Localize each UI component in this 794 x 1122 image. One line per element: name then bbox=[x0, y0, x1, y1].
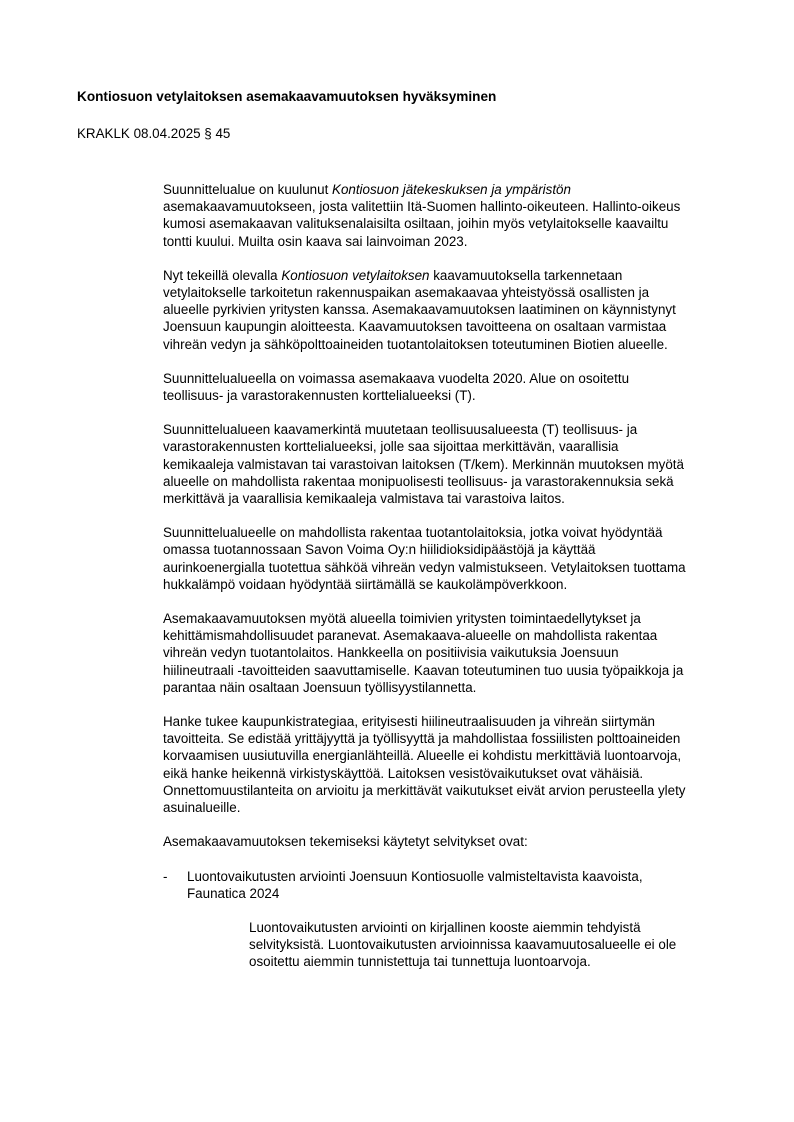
paragraph: Asemakaavamuutoksen myötä alueella toimi… bbox=[163, 610, 743, 696]
text-segment: aurinkoenergialla tuotettua sähköä vihre… bbox=[163, 560, 686, 575]
text-line: kehittämismahdollisuudet paranevat. Asem… bbox=[163, 627, 743, 644]
text-segment: hiilineutraali -tavoitteiden saavuttamis… bbox=[163, 663, 683, 678]
text-segment: Suunnittelualueelle on mahdollista raken… bbox=[163, 525, 663, 540]
text-segment: Hanke tukee kaupunkistrategiaa, erityise… bbox=[163, 714, 655, 729]
survey-list: -Luontovaikutusten arviointi Joensuun Ko… bbox=[163, 868, 743, 971]
text-line: selvityksistä. Luontovaikutusten arvioin… bbox=[249, 936, 743, 953]
text-segment: teollisuus- ja varastorakennusten kortte… bbox=[163, 388, 476, 403]
text-line: asuinalueille. bbox=[163, 799, 743, 816]
text-segment: varastorakennusten korttelialueeksi, jol… bbox=[163, 439, 619, 454]
list-dash: - bbox=[163, 868, 167, 885]
text-line: omassa tuotannossaan Savon Voima Oy:n hi… bbox=[163, 541, 743, 558]
text-line: Nyt tekeillä olevalla Kontiosuon vetylai… bbox=[163, 267, 743, 284]
text-segment: alueelle pyrkivien yritysten kanssa. Ase… bbox=[163, 302, 676, 317]
text-segment: vihreän vedyn tuotantolaitos. Hankkeella… bbox=[163, 645, 619, 660]
text-segment: korvaamisen uusiutuvilla energianlähteil… bbox=[163, 748, 681, 763]
text-line: osoitettu aiemmin tunnistettuja tai tunn… bbox=[249, 953, 743, 970]
text-segment: Asemakaavamuutoksen myötä alueella toimi… bbox=[163, 611, 641, 626]
text-line: eikä hanke heikennä virkistyskäyttöä. La… bbox=[163, 765, 743, 782]
text-line: korvaamisen uusiutuvilla energianlähteil… bbox=[163, 747, 743, 764]
text-line: tontti kuului. Muilta osin kaava sai lai… bbox=[163, 233, 743, 250]
text-segment: kaavamuutoksella tarkennetaan bbox=[429, 268, 622, 283]
text-line: vihreän vedyn tuotantolaitos. Hankkeella… bbox=[163, 644, 743, 661]
text-line: merkittävä ja vaarallisia kemikaaleja va… bbox=[163, 490, 743, 507]
text-line: vetylaitokselle tarkoitetun rakennuspaik… bbox=[163, 284, 743, 301]
text-line: aurinkoenergialla tuotettua sähköä vihre… bbox=[163, 559, 743, 576]
text-line: Joensuun kaupungin aloitteesta. Kaavamuu… bbox=[163, 318, 743, 335]
text-line: tavoitteita. Se edistää yrittäjyyttä ja … bbox=[163, 730, 743, 747]
text-line: teollisuus- ja varastorakennusten kortte… bbox=[163, 387, 743, 404]
paragraph: Suunnittelualueella on voimassa asemakaa… bbox=[163, 370, 743, 404]
text-line: vihreän vedyn ja sähköpolttoaineiden tuo… bbox=[163, 336, 743, 353]
paragraph: Suunnittelualueelle on mahdollista raken… bbox=[163, 524, 743, 593]
text-segment: parantaa näin osaltaan Joensuun työllisy… bbox=[163, 680, 476, 695]
text-line: Suunnittelualueelle on mahdollista raken… bbox=[163, 524, 743, 541]
survey-description: Luontovaikutusten arviointi on kirjallin… bbox=[163, 919, 743, 971]
text-line: Asemakaavamuutoksen myötä alueella toimi… bbox=[163, 610, 743, 627]
text-line: Suunnittelualue on kuulunut Kontiosuon j… bbox=[163, 181, 743, 198]
text-segment: hukkalämpö voidaan hyödyntää siirtämällä… bbox=[163, 577, 567, 592]
text-line: asemakaavamuutokseen, josta valitettiin … bbox=[163, 198, 743, 215]
meeting-reference: KRAKLK 08.04.2025 § 45 bbox=[77, 126, 230, 141]
text-line: hiilineutraali -tavoitteiden saavuttamis… bbox=[163, 662, 743, 679]
text-segment: tavoitteita. Se edistää yrittäjyyttä ja … bbox=[163, 731, 680, 746]
paragraph: Nyt tekeillä olevalla Kontiosuon vetylai… bbox=[163, 267, 743, 353]
document-title: Kontiosuon vetylaitoksen asemakaavamuuto… bbox=[77, 89, 496, 104]
text-segment: kumosi asemakaavan valituksenalaisilta o… bbox=[163, 216, 668, 231]
italic-project-name: Kontiosuon vetylaitoksen bbox=[281, 268, 429, 283]
text-line: varastorakennusten korttelialueeksi, jol… bbox=[163, 438, 743, 455]
text-segment: merkittävä ja vaarallisia kemikaaleja va… bbox=[163, 491, 565, 506]
text-segment: Suunnittelualueella on voimassa asemakaa… bbox=[163, 371, 629, 386]
document-body: Suunnittelualue on kuulunut Kontiosuon j… bbox=[163, 181, 743, 971]
paragraphs: Suunnittelualue on kuulunut Kontiosuon j… bbox=[163, 181, 743, 851]
survey-item: -Luontovaikutusten arviointi Joensuun Ko… bbox=[163, 868, 743, 902]
text-segment: Onnettomuustilanteita on arvioitu ja mer… bbox=[163, 783, 686, 798]
text-segment: tontti kuului. Muilta osin kaava sai lai… bbox=[163, 234, 467, 249]
survey-title-line: Faunatica 2024 bbox=[187, 885, 743, 902]
text-segment: vihreän vedyn ja sähköpolttoaineiden tuo… bbox=[163, 337, 668, 352]
text-line: alueelle on mahdollista rakentaa monipuo… bbox=[163, 473, 743, 490]
text-line: hukkalämpö voidaan hyödyntää siirtämällä… bbox=[163, 576, 743, 593]
paragraph: Asemakaavamuutoksen tekemiseksi käytetyt… bbox=[163, 833, 743, 850]
text-line: Asemakaavamuutoksen tekemiseksi käytetyt… bbox=[163, 833, 743, 850]
text-segment: eikä hanke heikennä virkistyskäyttöä. La… bbox=[163, 766, 643, 781]
text-line: alueelle pyrkivien yritysten kanssa. Ase… bbox=[163, 301, 743, 318]
text-segment: vetylaitokselle tarkoitetun rakennuspaik… bbox=[163, 285, 649, 300]
paragraph: Suunnittelualue on kuulunut Kontiosuon j… bbox=[163, 181, 743, 250]
text-line: Suunnittelualueella on voimassa asemakaa… bbox=[163, 370, 743, 387]
paragraph: Suunnittelualueen kaavamerkintä muutetaa… bbox=[163, 421, 743, 507]
text-line: Onnettomuustilanteita on arvioitu ja mer… bbox=[163, 782, 743, 799]
text-segment: Suunnittelualue on kuulunut bbox=[163, 182, 332, 197]
text-segment: kemikaaleja valmistavan tai varastoivan … bbox=[163, 457, 684, 472]
italic-project-name: Kontiosuon jätekeskuksen ja ympäristön bbox=[332, 182, 571, 197]
text-segment: omassa tuotannossaan Savon Voima Oy:n hi… bbox=[163, 542, 595, 557]
text-line: Luontovaikutusten arviointi on kirjallin… bbox=[249, 919, 743, 936]
text-segment: Joensuun kaupungin aloitteesta. Kaavamuu… bbox=[163, 319, 666, 334]
text-segment: kehittämismahdollisuudet paranevat. Asem… bbox=[163, 628, 657, 643]
text-line: kemikaaleja valmistavan tai varastoivan … bbox=[163, 456, 743, 473]
paragraph: Hanke tukee kaupunkistrategiaa, erityise… bbox=[163, 713, 743, 816]
text-segment: Asemakaavamuutoksen tekemiseksi käytetyt… bbox=[163, 834, 528, 849]
survey-title-line: Luontovaikutusten arviointi Joensuun Kon… bbox=[187, 868, 743, 885]
text-segment: Nyt tekeillä olevalla bbox=[163, 268, 281, 283]
text-segment: Suunnittelualueen kaavamerkintä muutetaa… bbox=[163, 422, 637, 437]
text-line: kumosi asemakaavan valituksenalaisilta o… bbox=[163, 215, 743, 232]
text-segment: alueelle on mahdollista rakentaa monipuo… bbox=[163, 474, 674, 489]
text-line: Suunnittelualueen kaavamerkintä muutetaa… bbox=[163, 421, 743, 438]
text-line: Hanke tukee kaupunkistrategiaa, erityise… bbox=[163, 713, 743, 730]
text-segment: asuinalueille. bbox=[163, 800, 240, 815]
text-segment: asemakaavamuutokseen, josta valitettiin … bbox=[163, 199, 680, 214]
text-line: parantaa näin osaltaan Joensuun työllisy… bbox=[163, 679, 743, 696]
